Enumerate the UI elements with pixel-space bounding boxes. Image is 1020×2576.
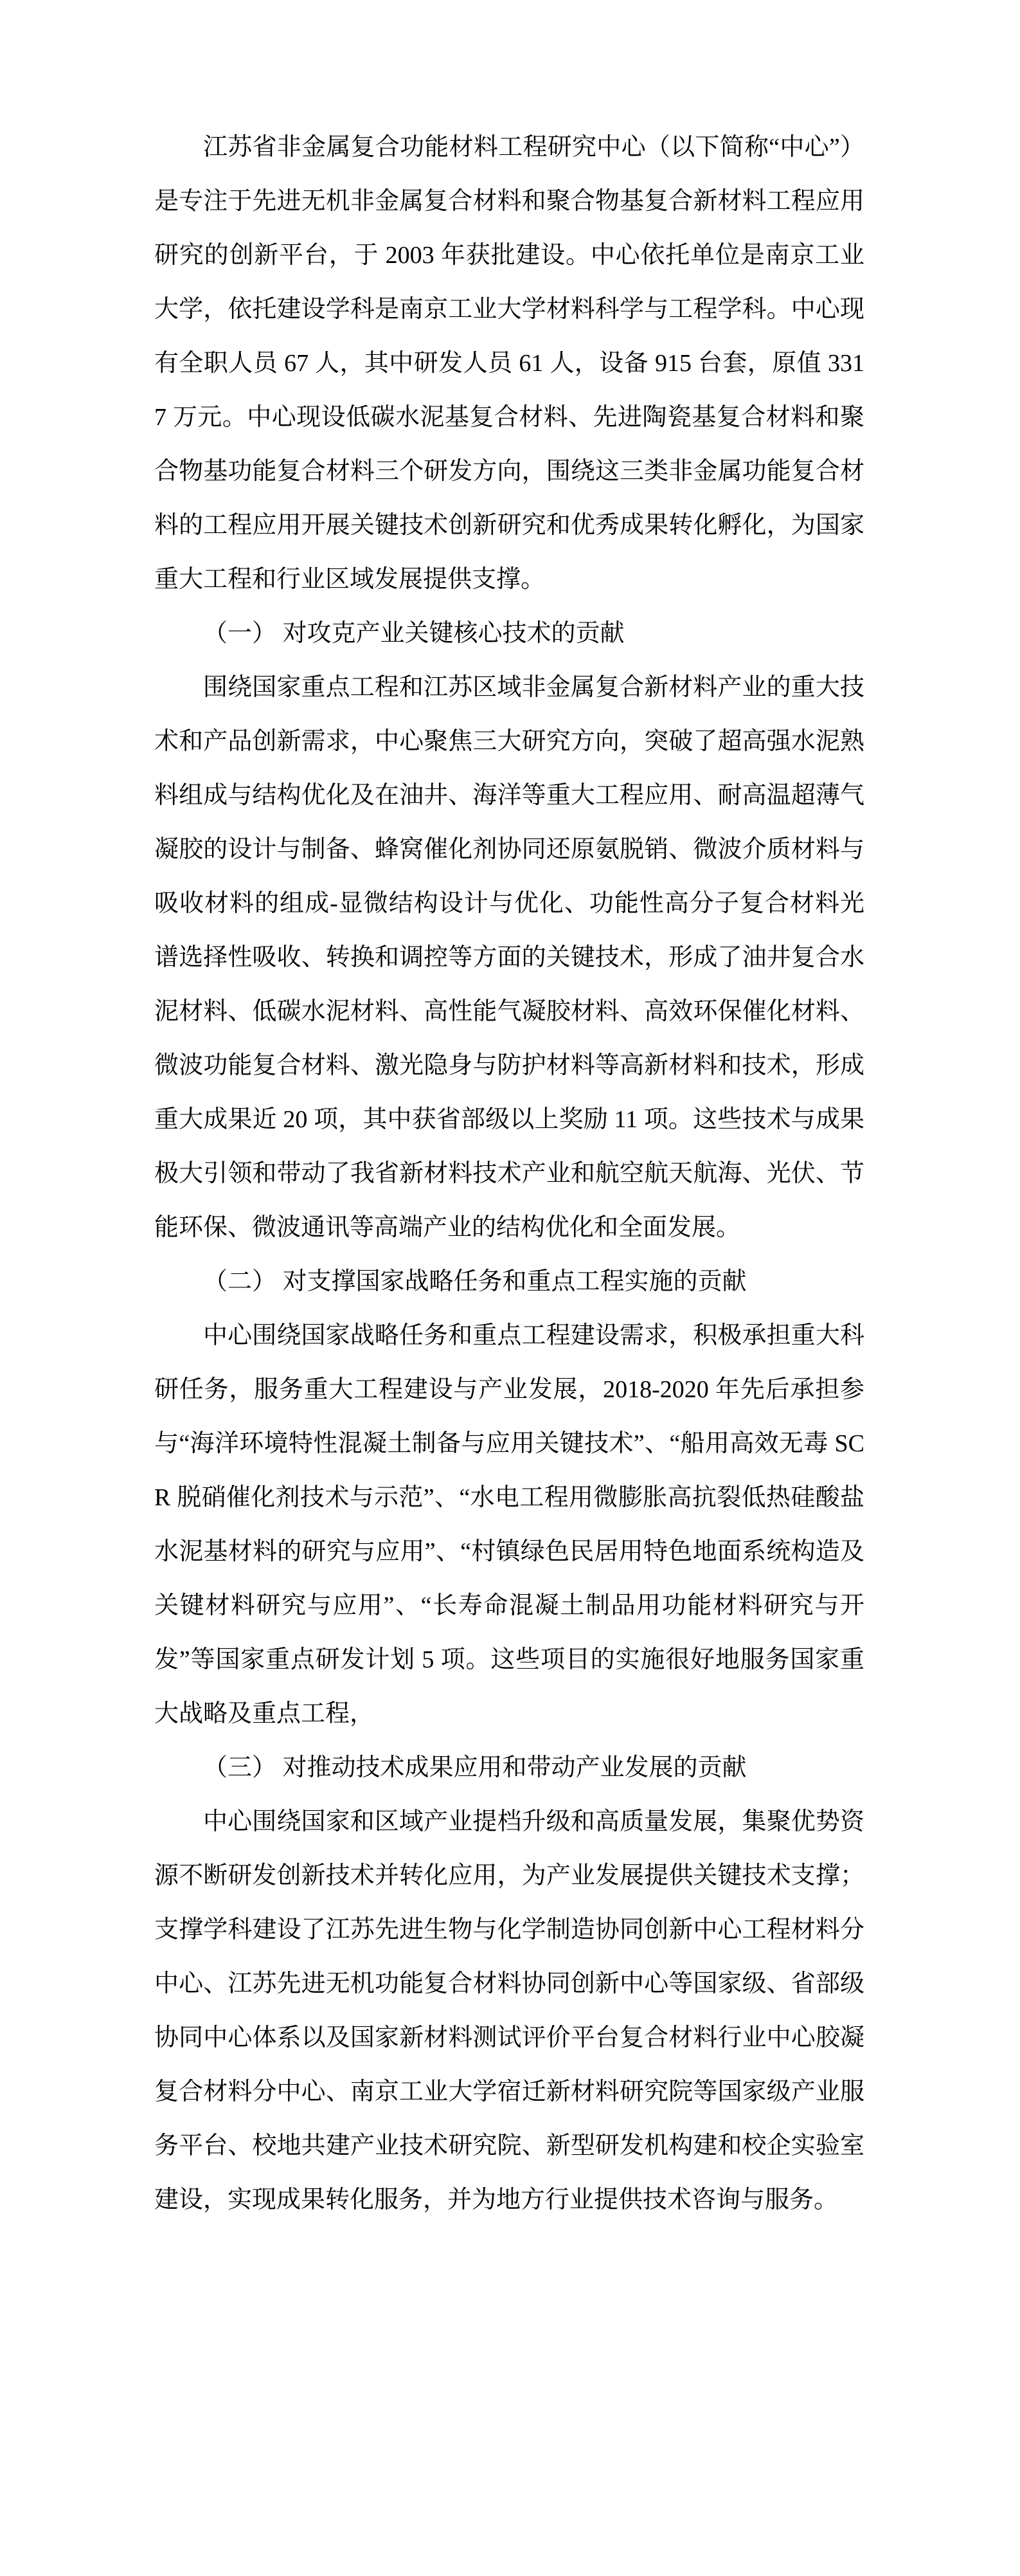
paragraph-section-2: 中心围绕国家战略任务和重点工程建设需求，积极承担重大科研任务，服务重大工程建设与… — [154, 1309, 864, 1741]
paragraph-intro: 江苏省非金属复合功能材料工程研究中心（以下简称“中心”）是专注于先进无机非金属复… — [154, 120, 864, 606]
document-page: 江苏省非金属复合功能材料工程研究中心（以下简称“中心”）是专注于先进无机非金属复… — [0, 0, 1020, 2576]
paragraph-section-3: 中心围绕国家和区域产业提档升级和高质量发展，集聚优势资源不断研发创新技术并转化应… — [154, 1795, 864, 2227]
paragraph-section-1: 围绕国家重点工程和江苏区域非金属复合新材料产业的重大技术和产品创新需求，中心聚焦… — [154, 660, 864, 1255]
section-heading-3: （三） 对推动技术成果应用和带动产业发展的贡献 — [154, 1741, 864, 1795]
section-heading-2: （二） 对支撑国家战略任务和重点工程实施的贡献 — [154, 1255, 864, 1309]
section-heading-1: （一） 对攻克产业关键核心技术的贡献 — [154, 606, 864, 660]
